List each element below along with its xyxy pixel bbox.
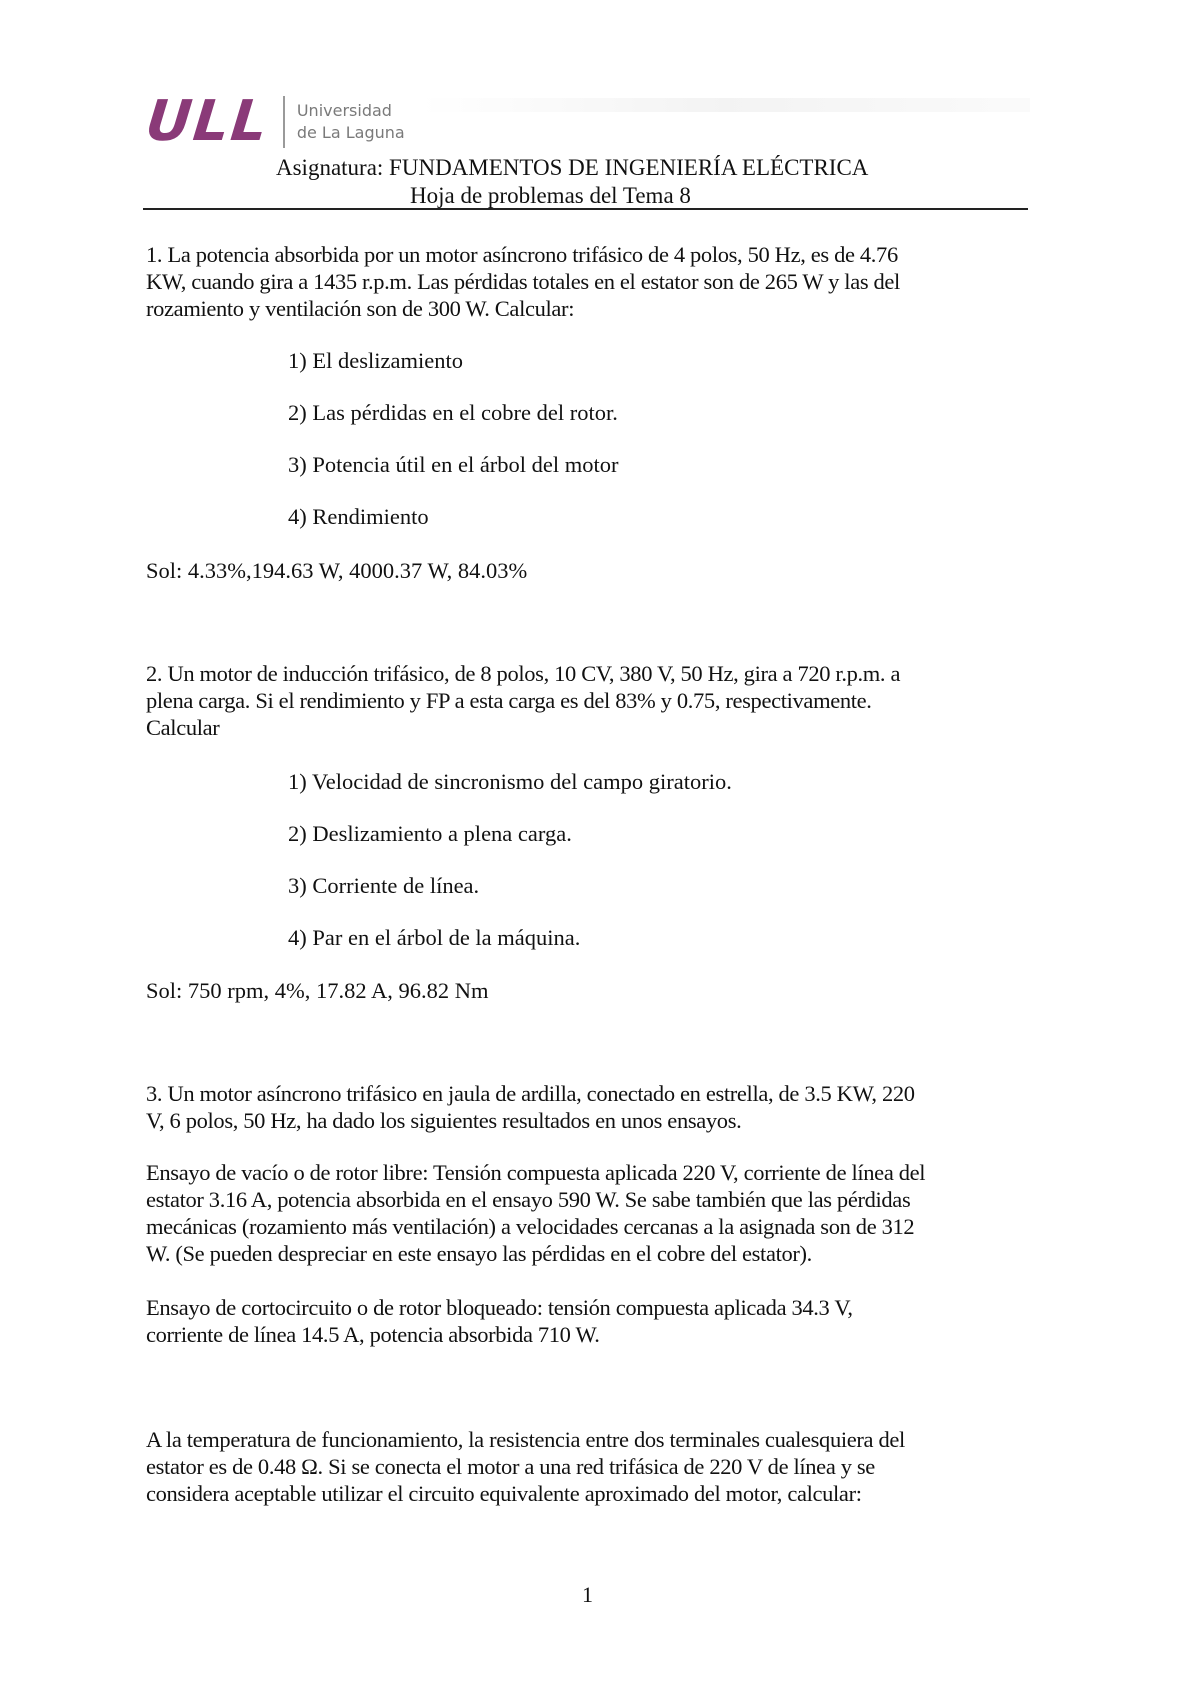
text-line: Ensayo de cortocircuito o de rotor bloqu… [146, 1294, 1026, 1321]
text-line: corriente de línea 14.5 A, potencia abso… [146, 1321, 1026, 1348]
problem-1-item-1: 1) El deslizamiento [288, 347, 463, 374]
text-line: Ensayo de vacío o de rotor libre: Tensió… [146, 1159, 1026, 1186]
logo-line-2: de La Laguna [297, 123, 405, 142]
problem-3-short-circuit-test: Ensayo de cortocircuito o de rotor bloqu… [146, 1294, 1026, 1348]
problem-1-item-2: 2) Las pérdidas en el cobre del rotor. [288, 399, 618, 426]
text-line: mecánicas (rozamiento más ventilación) a… [146, 1213, 1026, 1240]
problem-1-item-4: 4) Rendimiento [288, 503, 429, 530]
text-line: A la temperatura de funcionamiento, la r… [146, 1426, 1026, 1453]
text-line: KW, cuando gira a 1435 r.p.m. Las pérdid… [146, 268, 1026, 295]
problem-1-solution: Sol: 4.33%,194.63 W, 4000.37 W, 84.03% [146, 557, 527, 584]
page-number: 1 [582, 1582, 593, 1608]
sheet-title: Hoja de problemas del Tema 8 [410, 182, 691, 210]
logo-divider [283, 96, 285, 148]
problem-1-statement: 1. La potencia absorbida por un motor as… [146, 241, 1026, 322]
problem-3-statement: 3. Un motor asíncrono trifásico en jaula… [146, 1080, 1026, 1134]
header-rule [143, 208, 1028, 210]
text-line: considera aceptable utilizar el circuito… [146, 1480, 1026, 1507]
logo-line-1: Universidad [297, 101, 392, 120]
problem-3-conditions: A la temperatura de funcionamiento, la r… [146, 1426, 1026, 1507]
text-line: 2. Un motor de inducción trifásico, de 8… [146, 660, 1026, 687]
text-line: rozamiento y ventilación son de 300 W. C… [146, 295, 1026, 322]
problem-2-item-4: 4) Par en el árbol de la máquina. [288, 924, 580, 951]
text-line: Calcular [146, 714, 1026, 741]
problem-1-item-3: 3) Potencia útil en el árbol del motor [288, 451, 619, 478]
problem-2-item-2: 2) Deslizamiento a plena carga. [288, 820, 572, 847]
text-line: W. (Se pueden despreciar en este ensayo … [146, 1240, 1026, 1267]
problem-3-no-load-test: Ensayo de vacío o de rotor libre: Tensió… [146, 1159, 1026, 1267]
logo-text: Universidad de La Laguna [297, 100, 405, 144]
header-scan-artifact [420, 98, 1030, 112]
problem-2-item-1: 1) Velocidad de sincronismo del campo gi… [288, 768, 732, 795]
text-line: estator 3.16 A, potencia absorbida en el… [146, 1186, 1026, 1213]
university-logo: ULL Universidad de La Laguna [146, 92, 405, 152]
text-line: 1. La potencia absorbida por un motor as… [146, 241, 1026, 268]
text-line: estator es de 0.48 Ω. Si se conecta el m… [146, 1453, 1026, 1480]
text-line: plena carga. Si el rendimiento y FP a es… [146, 687, 1026, 714]
problem-2-solution: Sol: 750 rpm, 4%, 17.82 A, 96.82 Nm [146, 977, 489, 1004]
logo-mark: ULL [143, 92, 272, 152]
subject-title: Asignatura: FUNDAMENTOS DE INGENIERÍA EL… [276, 154, 868, 182]
problem-2-item-3: 3) Corriente de línea. [288, 872, 479, 899]
problem-2-statement: 2. Un motor de inducción trifásico, de 8… [146, 660, 1026, 741]
text-line: V, 6 polos, 50 Hz, ha dado los siguiente… [146, 1107, 1026, 1134]
text-line: 3. Un motor asíncrono trifásico en jaula… [146, 1080, 1026, 1107]
document-page: ULL Universidad de La Laguna Asignatura:… [0, 0, 1200, 1698]
